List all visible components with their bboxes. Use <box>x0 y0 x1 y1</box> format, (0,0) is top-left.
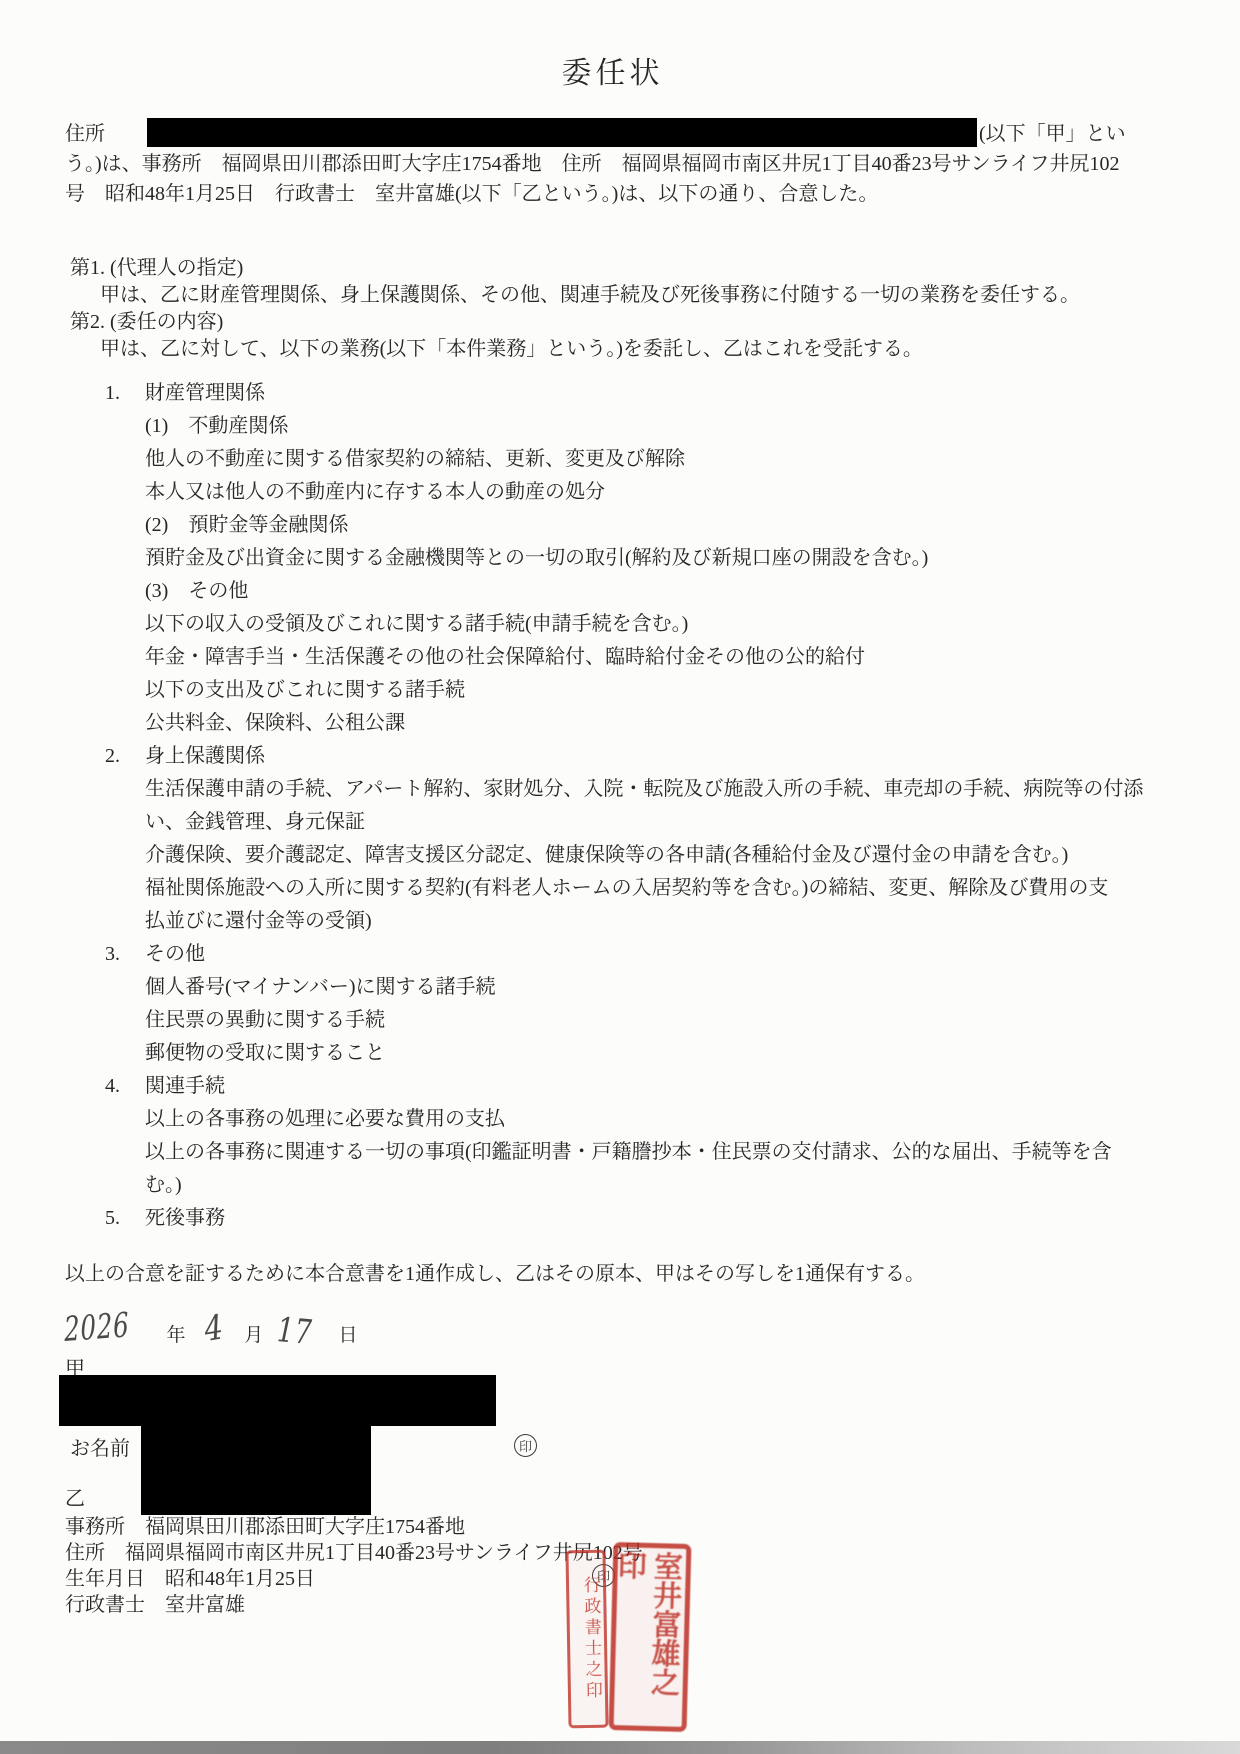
list-item: 以上の各事務に関連する一切の事項(印鑑証明書・戸籍謄抄本・住民票の交付請求、公的… <box>65 1136 1180 1169</box>
list-item-text: 本人又は他人の不動産内に存する本人の動産の処分 <box>145 481 605 503</box>
document-page: 委任状 住所(以下「甲」とい う。)は、事務所 福岡県田川郡添田町大字庄1754… <box>0 0 1240 1754</box>
list-item: 介護保険、要介護認定、障害支援区分認定、健康保険等の各申請(各種給付金及び還付金… <box>65 839 1180 872</box>
list-item-text: 預貯金及び出資金に関する金融機関等との一切の取引(解約及び新規口座の開設を含む。… <box>145 547 928 569</box>
list-item: 以下の支出及びこれに関する諸手続 <box>65 674 1180 707</box>
list-item: 2.身上保護関係 <box>65 740 1180 773</box>
intro-paragraph: 住所(以下「甲」とい う。)は、事務所 福岡県田川郡添田町大字庄1754番地 住… <box>65 118 1180 209</box>
scan-edge-artifact <box>0 1741 1240 1754</box>
article-1-number: 第1. <box>70 257 105 279</box>
list-item-text: 郵便物の受取に関すること <box>145 1042 385 1064</box>
party-a-name-label: お名前 <box>70 1432 130 1461</box>
intro-after-redaction: (以下「甲」とい <box>979 123 1126 145</box>
document-title: 委任状 <box>45 48 1180 92</box>
list-item: い、金銭管理、身元保証 <box>65 806 1180 839</box>
list-item-number: 2. <box>105 740 120 773</box>
handwritten-day: 17 <box>276 1310 313 1353</box>
list-item-text: 財産管理関係 <box>145 382 265 404</box>
list-item: (1) 不動産関係 <box>65 410 1180 443</box>
list-item: (2) 預貯金等金融関係 <box>65 509 1180 542</box>
list-item-text: 以下の支出及びこれに関する諸手続 <box>145 679 465 701</box>
article-2-number: 第2. <box>70 311 105 333</box>
month-label: 月 <box>244 1320 263 1347</box>
party-b-address: 住所 福岡県福岡市南区井尻1丁目40番23号サンライフ井尻102号 <box>65 1536 643 1565</box>
article-1-body: 甲は、乙に財産管理関係、身上保護関係、その他、関連手続及び死後事務に付随する一切… <box>100 282 1180 309</box>
list-item-text: 住民票の異動に関する手続 <box>145 1009 385 1031</box>
list-item-text: (1) 不動産関係 <box>145 415 288 437</box>
list-item: 年金・障害手当・生活保護その他の社会保障給付、臨時給付金その他の公的給付 <box>65 641 1180 674</box>
intro-line-3: 号 昭和48年1月25日 行政書士 室井富雄(以下「乙という。)は、以下の通り、… <box>65 179 1180 209</box>
article-2-heading: 第2. (委任の内容) <box>70 309 1180 336</box>
articles-section: 第1. (代理人の指定) 甲は、乙に財産管理関係、身上保護関係、その他、関連手続… <box>65 255 1180 363</box>
party-b-name: 行政書士 室井富雄 <box>65 1588 245 1617</box>
day-label: 日 <box>338 1320 357 1347</box>
list-item: 1.財産管理関係 <box>65 377 1180 410</box>
list-item-number: 1. <box>105 377 120 410</box>
closing-statement: 以上の合意を証するために本合意書を1通作成し、乙はその原本、甲はその写しを1通保… <box>65 1261 1180 1288</box>
list-item-text: む。) <box>145 1174 182 1196</box>
list-item-text: 個人番号(マイナンバー)に関する諸手続 <box>145 976 496 998</box>
party-b-label: 乙 <box>65 1482 85 1511</box>
redaction-box-party-a-name <box>141 1425 371 1515</box>
intro-line-1: 住所(以下「甲」とい <box>65 118 1180 149</box>
list-item: 5.死後事務 <box>65 1202 1180 1235</box>
party-b-birthdate: 生年月日 昭和48年1月25日 <box>65 1562 315 1591</box>
list-item-text: 他人の不動産に関する借家契約の締結、更新、変更及び解除 <box>145 448 685 470</box>
red-seal-stamp-outer: 行政書士之印 <box>565 1550 608 1729</box>
list-item: 4.関連手続 <box>65 1070 1180 1103</box>
list-item-text: 年金・障害手当・生活保護その他の社会保障給付、臨時給付金その他の公的給付 <box>145 646 865 668</box>
list-item: (3) その他 <box>65 575 1180 608</box>
handwritten-month: 4 <box>202 1307 226 1350</box>
list-item-text: 生活保護申請の手続、アパート解約、家財処分、入院・転院及び施設入所の手続、車売却… <box>145 778 1143 800</box>
seal-placeholder-icon: 印 <box>514 1434 537 1457</box>
list-item-text: (3) その他 <box>145 580 248 602</box>
list-item-text: (2) 預貯金等金融関係 <box>145 514 348 536</box>
list-item: 3.その他 <box>65 938 1180 971</box>
list-item: む。) <box>65 1169 1180 1202</box>
list-item: 住民票の異動に関する手続 <box>65 1004 1180 1037</box>
list-item: 本人又は他人の不動産内に存する本人の動産の処分 <box>65 476 1180 509</box>
list-item-text: 公共料金、保険料、公租公課 <box>145 712 405 734</box>
list-item-text: 以下の収入の受領及びこれに関する諸手続(申請手続を含む。) <box>145 613 688 635</box>
list-item-text: 介護保険、要介護認定、障害支援区分認定、健康保険等の各申請(各種給付金及び還付金… <box>145 844 1068 866</box>
list-item-text: 福祉関係施設への入所に関する契約(有料老人ホームの入居契約等を含む。)の締結、変… <box>145 877 1108 899</box>
list-item-text: 以上の各事務の処理に必要な費用の支払 <box>145 1108 505 1130</box>
article-1-heading: 第1. (代理人の指定) <box>70 255 1180 282</box>
list-item: 預貯金及び出資金に関する金融機関等との一切の取引(解約及び新規口座の開設を含む。… <box>65 542 1180 575</box>
list-item: 生活保護申請の手続、アパート解約、家財処分、入院・転院及び施設入所の手続、車売却… <box>65 773 1180 806</box>
signature-section: 甲 お名前 印 乙 事務所 福岡県田川郡添田町大字庄1754番地 住所 福岡県福… <box>0 1350 1240 1754</box>
redaction-box-party-a <box>59 1375 496 1426</box>
list-item-text: 払並びに還付金等の受領) <box>145 910 372 932</box>
list-item-number: 3. <box>105 938 120 971</box>
list-item-number: 4. <box>105 1070 120 1103</box>
list-item: 公共料金、保険料、公租公課 <box>65 707 1180 740</box>
red-seal-stamp-inner: 室井富雄之印 <box>609 1542 692 1732</box>
list-item-text: 死後事務 <box>145 1207 225 1229</box>
list-item: 払並びに還付金等の受領) <box>65 905 1180 938</box>
redaction-box-address <box>147 118 977 147</box>
year-label: 年 <box>167 1320 186 1347</box>
list-item: 以上の各事務の処理に必要な費用の支払 <box>65 1103 1180 1136</box>
handwritten-year: 2026 <box>63 1305 130 1350</box>
list-item: 以下の収入の受領及びこれに関する諸手続(申請手続を含む。) <box>65 608 1180 641</box>
list-item: 福祉関係施設への入所に関する契約(有料老人ホームの入居契約等を含む。)の締結、変… <box>65 872 1180 905</box>
list-item-text: 以上の各事務に関連する一切の事項(印鑑証明書・戸籍謄抄本・住民票の交付請求、公的… <box>145 1141 1112 1163</box>
address-label: 住所 <box>65 123 105 145</box>
list-item-text: その他 <box>145 943 205 965</box>
party-b-office: 事務所 福岡県田川郡添田町大字庄1754番地 <box>65 1510 465 1539</box>
list-item-text: 関連手続 <box>145 1075 225 1097</box>
list-item: 郵便物の受取に関すること <box>65 1037 1180 1070</box>
list-item: 他人の不動産に関する借家契約の締結、更新、変更及び解除 <box>65 443 1180 476</box>
list-item: 個人番号(マイナンバー)に関する諸手続 <box>65 971 1180 1004</box>
duties-list: 1.財産管理関係 (1) 不動産関係 他人の不動産に関する借家契約の締結、更新、… <box>65 377 1180 1235</box>
article-2-title: (委任の内容) <box>110 311 223 333</box>
list-item-text: 身上保護関係 <box>145 745 265 767</box>
intro-line-2: う。)は、事務所 福岡県田川郡添田町大字庄1754番地 住所 福岡県福岡市南区井… <box>65 149 1180 179</box>
list-item-text: い、金銭管理、身元保証 <box>145 811 365 833</box>
list-item-number: 5. <box>105 1202 120 1235</box>
article-1-title: (代理人の指定) <box>110 257 243 279</box>
article-2-body: 甲は、乙に対して、以下の業務(以下「本件業務」という。)を委託し、乙はこれを受託… <box>100 336 1180 363</box>
